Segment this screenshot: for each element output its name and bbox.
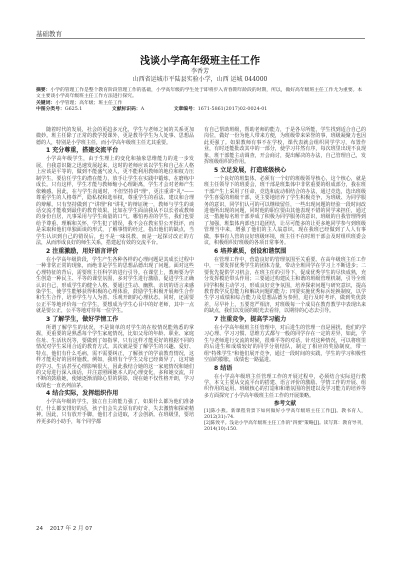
section-1-paragraph: 小学高年级学生，由于生理上的变化和抽象思维能力的进一步发展，自我意识随之迅速发展…	[36, 156, 194, 246]
section-7-paragraph: 在小学高年级班主任管理中，对后进生的管理一直是困扰，他们的学习心理、学习习惯、思…	[204, 325, 366, 364]
section-2-paragraph: 在小学高年级阶段，学生产生各种各样的心理问题是其成长过程中一种非常正常的现象，而…	[36, 257, 194, 315]
section-heading-6: 6 培养素质，创设和谐氛围	[204, 248, 366, 256]
section-6-paragraph: 在管理工作中，营造良好的管理氛围至关重要。在高年级班主任工作中，一要发挥优秀学生…	[204, 257, 366, 315]
reference-1: [1]陈小燕。新课程背景下如何做好小学高年级班主任工作[J]。教书育人，2012…	[204, 409, 366, 421]
section-label: 基础教育	[36, 29, 62, 38]
header-rule	[36, 38, 365, 39]
classification-row: 中图分类号：G625.1 文献标识码：A 文章编号：1671-5861(2017…	[36, 107, 366, 113]
section-5-paragraph: 一个良好的班集体，必须有一个好的班级领导核心，这个核心，就是班主任领导下的班委会…	[204, 176, 366, 247]
clc-label: 中图分类号：	[36, 107, 65, 112]
page-number: 24	[36, 526, 43, 532]
continued-paragraph: 有自己帮助班级，帮助老师的能力，于是各尽所能，学生找到适合自己的岗位，做好一份为…	[204, 127, 366, 166]
doc-code: 文献标识码：A	[112, 107, 158, 112]
section-heading-3: 3 了解学生，做好学情工作	[36, 316, 194, 324]
issue-date: 2017 年 2 月 07	[50, 526, 93, 532]
abstract-label: 摘要：	[36, 88, 50, 93]
article-no-value: 1671-5861(2017)02-0024-01	[198, 107, 268, 112]
section-4-paragraph: 小学高年级的学生，独立自主的能力强了，如果什么都为他们准备好，什么都安排好的话，…	[36, 399, 194, 425]
article-meta: 摘要：小学的管理工作是整个教育阶段管理工作的基础，小学高年级的学生处于即将步入青…	[36, 88, 366, 113]
article-title: 浅谈小学高年级班主任工作	[0, 52, 400, 67]
left-column: 随着时代的发展，社会的更趋多元化，学生与老师之间的关系更加微妙。班主任除了正常的…	[36, 127, 194, 425]
keywords-label: 关键词：	[36, 101, 55, 106]
section-heading-2: 2 注重激励，用好语言评价	[36, 248, 194, 256]
keywords-text: 小学管理；高年级；班主任工作	[55, 101, 122, 106]
article-no: 文章编号：1671-5861(2017)02-0024-01	[174, 107, 282, 112]
references-title: 参考文献	[204, 401, 366, 407]
reference-2: [2]陈致平。浅论小学高年级班主任工作的"四要"策略[J]。读写算：教育导刊，2…	[204, 421, 366, 433]
abstract: 摘要：小学的管理工作是整个教育阶段管理工作的基础，小学高年级的学生处于即将步入青…	[36, 88, 366, 101]
right-column: 有自己帮助班级，帮助老师的能力，于是各尽所能，学生找到适合自己的岗位，做好一份为…	[204, 127, 366, 434]
abstract-text: 小学的管理工作是整个教育阶段管理工作的基础，小学高年级的学生处于即将步入青春期年…	[36, 88, 362, 99]
doc-code-label: 文献标识码：	[112, 107, 141, 112]
section-heading-5: 5 立足发展，打造班级核心	[204, 167, 366, 175]
article-no-label: 文章编号：	[174, 107, 198, 112]
article-affiliation: 山西省运城市平陆县实验小学，山西 运城 044000	[0, 74, 400, 83]
clc-value: G625.1	[65, 107, 83, 112]
doc-code-value: A	[141, 107, 144, 112]
clc: 中图分类号：G625.1	[36, 107, 96, 112]
section-heading-4: 4 结合实际，发挥组织作用	[36, 390, 194, 398]
section-3-paragraph: 所谓了解学生的状况，不是简单的对学生的在校情况能熟悉的掌握，更重要的是熟悉每个学…	[36, 325, 194, 390]
section-8-paragraph: 在小学高年级班主任管理工作的开展过程中，必须结合实际进行教学，本文主要从交流平台…	[204, 374, 366, 400]
section-heading-1: 1 充分尊重，搭建交流平台	[36, 147, 194, 155]
section-heading-7: 7 注重竞争，提高学习能力	[204, 316, 366, 324]
intro-paragraph: 随着时代的发展，社会的更趋多元化，学生与老师之间的关系更加微妙。班主任除了正常的…	[36, 127, 194, 146]
section-heading-8: 8 结语	[204, 365, 366, 373]
page-footer: 24 2017 年 2 月 07	[36, 524, 97, 532]
